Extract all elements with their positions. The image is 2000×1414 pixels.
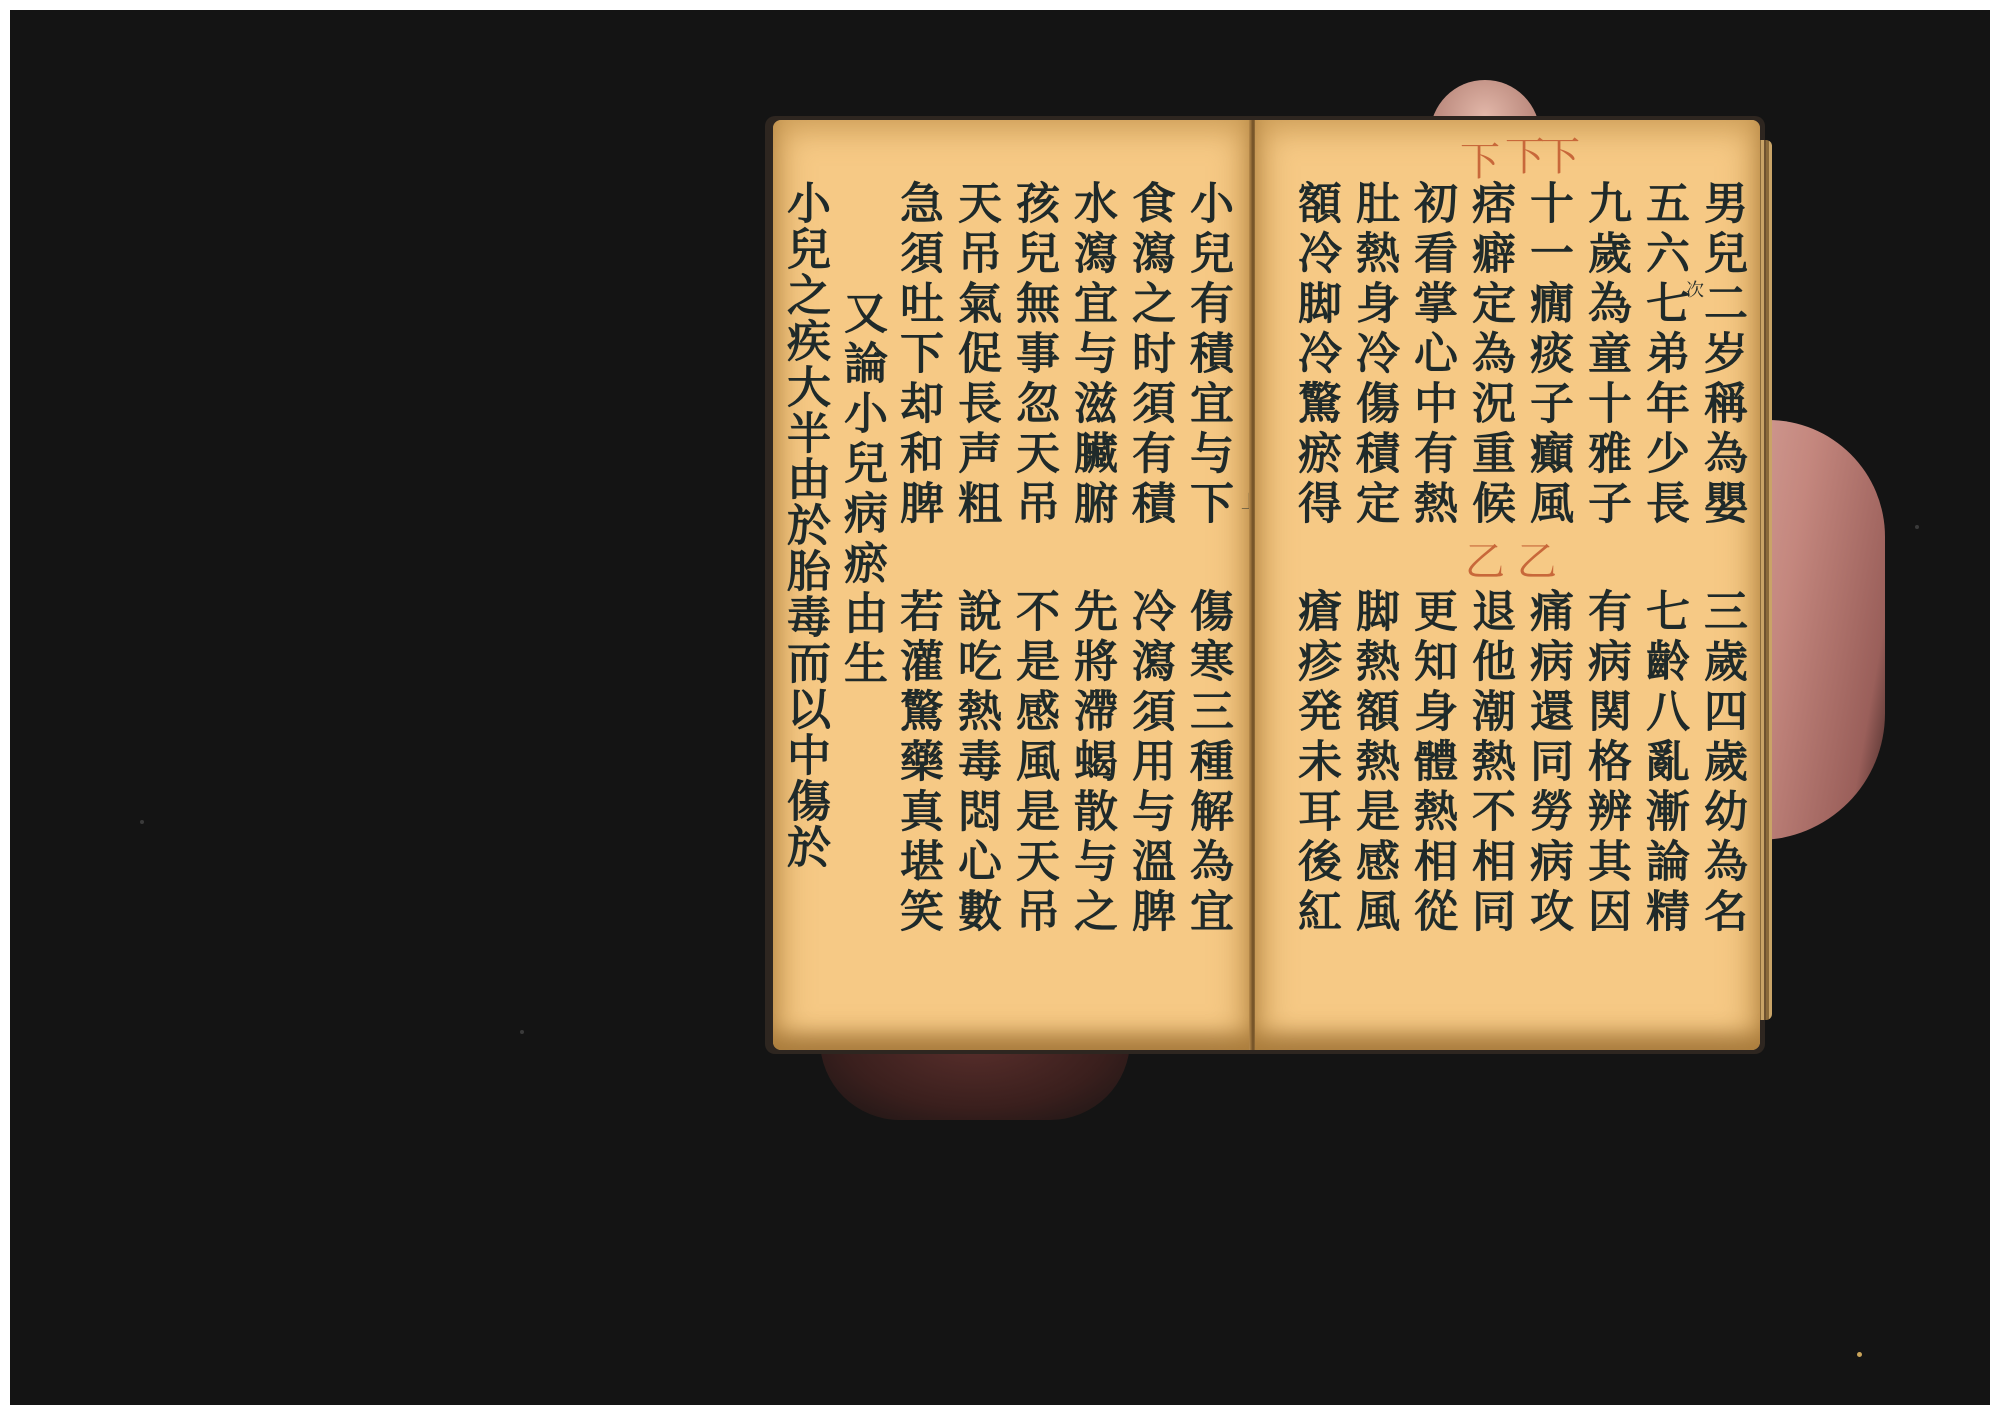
section-heading: 又論小兒病瘀由生 (835, 290, 887, 690)
right-page: 下 下 下 乙 乙 男兒二岁稱為嬰 五六七弟年少長 九歲為童十雅子 十一癇痰子癲… (1255, 120, 1760, 1050)
text-column: 退他潮熱不相同 (1463, 588, 1515, 938)
text-column: 痞癖定為況重候 (1463, 180, 1515, 530)
text-column: 額冷脚冷驚瘀得 (1289, 180, 1341, 530)
text-column: 若灌驚藥真堪笑 (891, 588, 943, 938)
text-column: 食瀉之时須有積 (1123, 180, 1175, 530)
interlinear-note: 次 (1680, 280, 1706, 298)
text-column: 痛病還同勞病攻 (1521, 588, 1573, 938)
text-column: 七齡八亂漸論精 (1637, 588, 1689, 938)
text-column: 小兒之疾大半由於胎毒而以中傷於 (779, 180, 829, 870)
text-column: 說吃熱毒悶心數 (949, 588, 1001, 938)
text-column: 天吊氣促長声粗 (949, 180, 1001, 530)
text-column: 孩兒無事忽天吊 (1007, 180, 1059, 530)
text-column: 急須吐下却和脾 (891, 180, 943, 530)
left-page: 小兒有積宜与下 食瀉之时須有積 水瀉宜与滋臟腑 孩兒無事忽天吊 天吊氣促長声粗 … (773, 120, 1251, 1050)
text-column: 不是感風是天吊 (1007, 588, 1059, 938)
text-column: 小兒有積宜与下 (1181, 180, 1233, 530)
dust-speck (1915, 525, 1919, 529)
dust-speck (140, 820, 144, 824)
text-column: 脚熱額熱是感風 (1347, 588, 1399, 938)
text-column: 九歲為童十雅子 (1579, 180, 1631, 530)
red-annotation: 乙 (1465, 530, 1505, 587)
text-column: 五六七弟年少長 (1637, 180, 1689, 530)
text-column: 冷瀉須用与溫脾 (1123, 588, 1175, 938)
red-annotation: 乙 (1517, 530, 1557, 587)
red-annotation: 下 (1540, 125, 1580, 182)
open-manuscript-book: 小兒有積宜与下 食瀉之时須有積 水瀉宜与滋臟腑 孩兒無事忽天吊 天吊氣促長声粗 … (773, 120, 1760, 1050)
text-column: 有病関格辨其因 (1579, 588, 1631, 938)
dust-speck (520, 1030, 524, 1034)
red-annotation: 下 (1505, 125, 1545, 182)
text-column: 初看掌心中有熱 (1405, 180, 1457, 530)
text-column: 先將滯蝎散与之 (1065, 588, 1117, 938)
text-column: 三歲四歲幼為名 (1695, 588, 1747, 938)
dust-speck (1857, 1352, 1862, 1357)
text-column: 男兒二岁稱為嬰 (1695, 180, 1747, 530)
text-column: 瘡疹発未耳後紅 (1289, 588, 1341, 938)
red-annotation: 下 (1460, 130, 1500, 187)
text-column: 肚熱身冷傷積定 (1347, 180, 1399, 530)
text-column: 傷寒三種解為宜 (1181, 588, 1233, 938)
text-column: 更知身體熱相從 (1405, 588, 1457, 938)
text-column: 水瀉宜与滋臟腑 (1065, 180, 1117, 530)
text-column: 十一癇痰子癲風 (1521, 180, 1573, 530)
